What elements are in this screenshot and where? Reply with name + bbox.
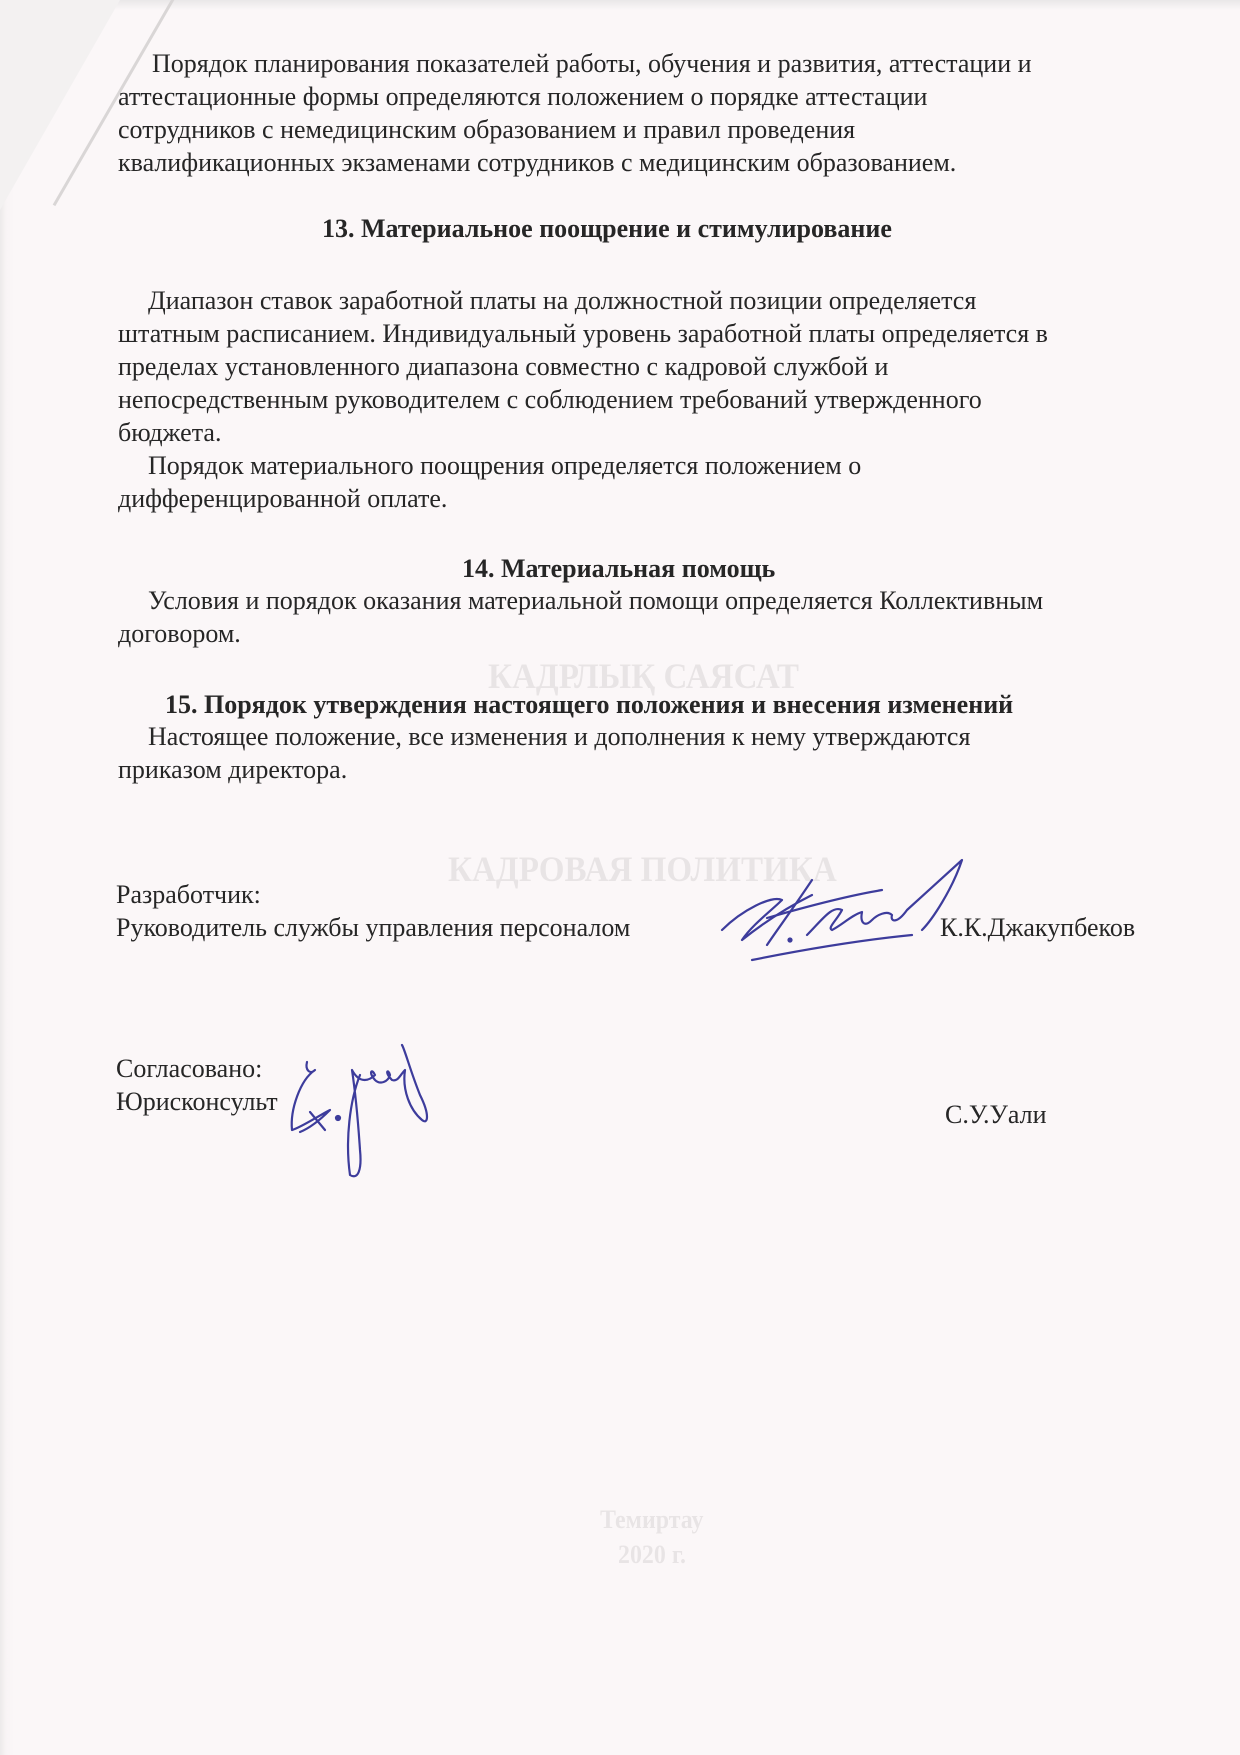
text-line: аттестационные формы определяются положе… — [118, 80, 927, 113]
developer-signature — [712, 850, 992, 970]
text-line: непосредственным руководителем с соблюде… — [118, 383, 982, 416]
section-heading: 13. Материальное поощрение и стимулирова… — [322, 214, 892, 244]
bleed-through-text: Темиртау — [600, 1505, 703, 1535]
text-line: Порядок планирования показателей работы,… — [152, 47, 1032, 80]
text-line: сотрудников с немедицинским образованием… — [118, 113, 855, 146]
text-line: Условия и порядок оказания материальной … — [148, 584, 1043, 617]
approved-name: С.У.Уали — [945, 1098, 1047, 1131]
section-heading: 14. Материальная помощь — [462, 554, 775, 584]
text-line: штатным расписанием. Индивидуальный уров… — [118, 317, 1048, 350]
text-line: бюджета. — [118, 416, 221, 449]
scan-top-edge — [0, 0, 1240, 10]
folded-corner — [0, 0, 120, 210]
developer-label: Разработчик: — [116, 878, 261, 911]
text-line: приказом директора. — [118, 753, 347, 786]
developer-name: К.К.Джакупбеков — [940, 911, 1135, 944]
approved-signature — [280, 1040, 480, 1190]
text-line: Диапазон ставок заработной платы на долж… — [148, 284, 976, 317]
text-line: Порядок материального поощрения определя… — [148, 449, 861, 482]
text-line: пределах установленного диапазона совмес… — [118, 350, 888, 383]
approved-position: Юрисконсульт — [116, 1085, 278, 1118]
developer-position: Руководитель службы управления персонало… — [116, 911, 630, 944]
text-line: договором. — [118, 617, 241, 650]
approved-label: Согласовано: — [116, 1052, 262, 1085]
text-line: квалификационных экзаменами сотрудников … — [118, 146, 956, 179]
section-heading: 15. Порядок утверждения настоящего полож… — [165, 690, 1013, 720]
text-line: дифференцированной оплате. — [118, 482, 447, 515]
text-line: Настоящее положение, все изменения и доп… — [148, 720, 970, 753]
bleed-through-text: 2020 г. — [618, 1540, 686, 1570]
